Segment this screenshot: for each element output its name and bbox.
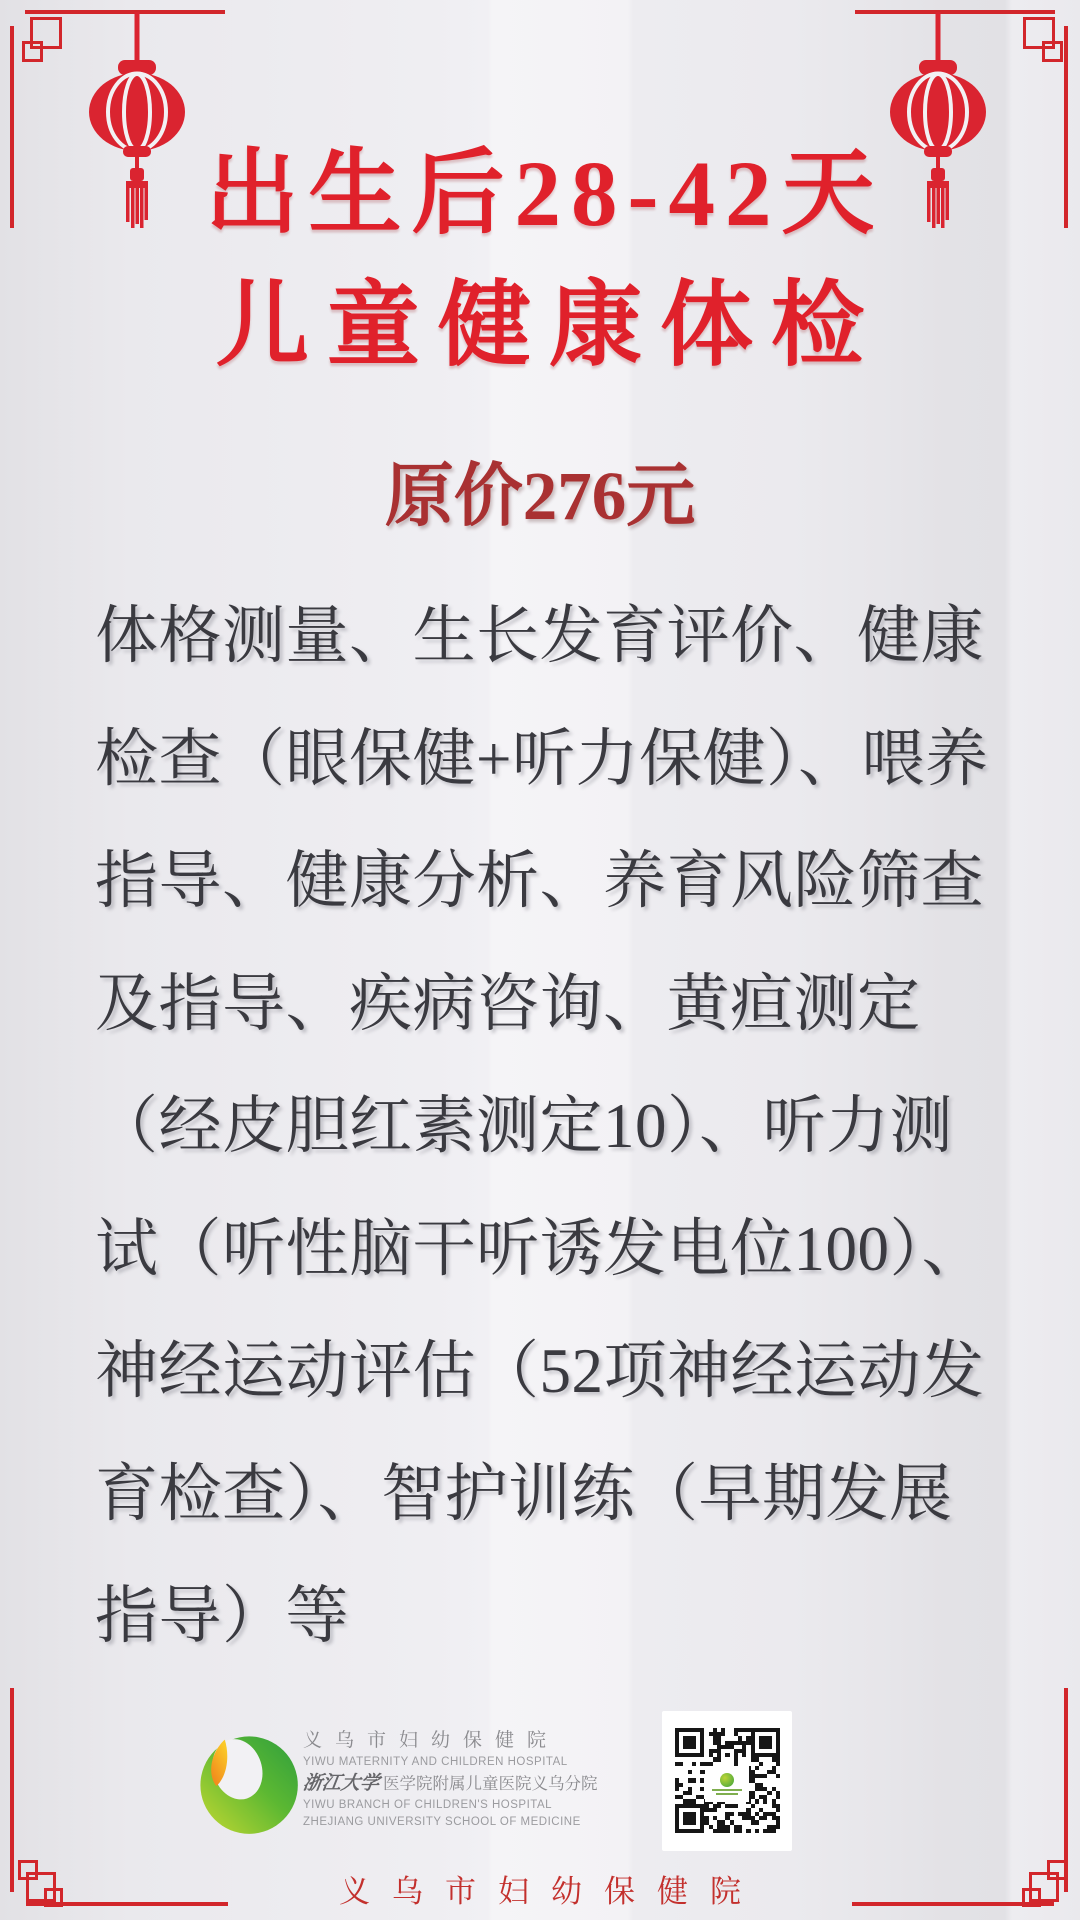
bottom-hospital-title: 义乌市妇幼保健院: [0, 1866, 1080, 1911]
original-price-subtitle: 原价276元: [0, 440, 1080, 539]
body-line: 指导）等: [95, 1555, 995, 1678]
branch-name-en: YIWU BRANCH OF CHILDREN'S HOSPITAL: [303, 1798, 583, 1812]
corner-square-icon: [22, 41, 43, 62]
body-line: （经皮胆红素测定10）、听力测: [95, 1065, 995, 1188]
qr-code: [662, 1711, 792, 1851]
frame-line-left-bottom: [10, 1688, 14, 1892]
body-line: 指导、健康分析、养育风险筛查: [95, 820, 995, 943]
hospital-name-en: YIWU MATERNITY AND CHILDREN HOSPITAL: [303, 1755, 583, 1769]
body-line: 检查（眼保健+听力保健）、喂养: [95, 698, 995, 821]
affiliation-line: 浙江大学医学院附属儿童医院义乌分院: [303, 1773, 583, 1795]
poster-title-line2: 儿童健康体检: [0, 278, 1080, 376]
qr-logo-text-bar: [712, 1789, 742, 1791]
affiliation-cn: 医学院附属儿童医院义乌分院: [383, 1775, 598, 1793]
body-line: 及指导、疾病咨询、黄疸测定: [95, 943, 995, 1066]
hospital-logo: [194, 1729, 300, 1842]
university-name-en: ZHEJIANG UNIVERSITY SCHOOL OF MEDICINE: [303, 1815, 583, 1829]
corner-square-icon: [1042, 41, 1063, 62]
body-line: 神经运动评估（52项神经运动发: [95, 1310, 995, 1433]
zhejiang-university-calligraphy: 浙江大学: [302, 1773, 381, 1794]
footer-text-block: 义乌市妇幼保健院 YIWU MATERNITY AND CHILDREN HOS…: [303, 1730, 583, 1829]
body-line: 试（听性脑干听诱发电位100）、: [95, 1188, 995, 1311]
poster: 出生后28-42天 儿童健康体检 原价276元 体格测量、生长发育评价、健康检查…: [0, 0, 1080, 1920]
qr-center-logo: [705, 1766, 749, 1802]
body-line: 育检查）、智护训练（早期发展: [95, 1433, 995, 1556]
poster-title-line1: 出生后28-42天: [0, 146, 1080, 244]
hospital-name-cn: 义乌市妇幼保健院: [303, 1730, 583, 1752]
qr-logo-text-bar: [716, 1793, 738, 1795]
body-line: 体格测量、生长发育评价、健康: [95, 575, 995, 698]
body-text: 体格测量、生长发育评价、健康检查（眼保健+听力保健）、喂养指导、健康分析、养育风…: [95, 575, 995, 1678]
qr-logo-dot-icon: [720, 1773, 734, 1787]
